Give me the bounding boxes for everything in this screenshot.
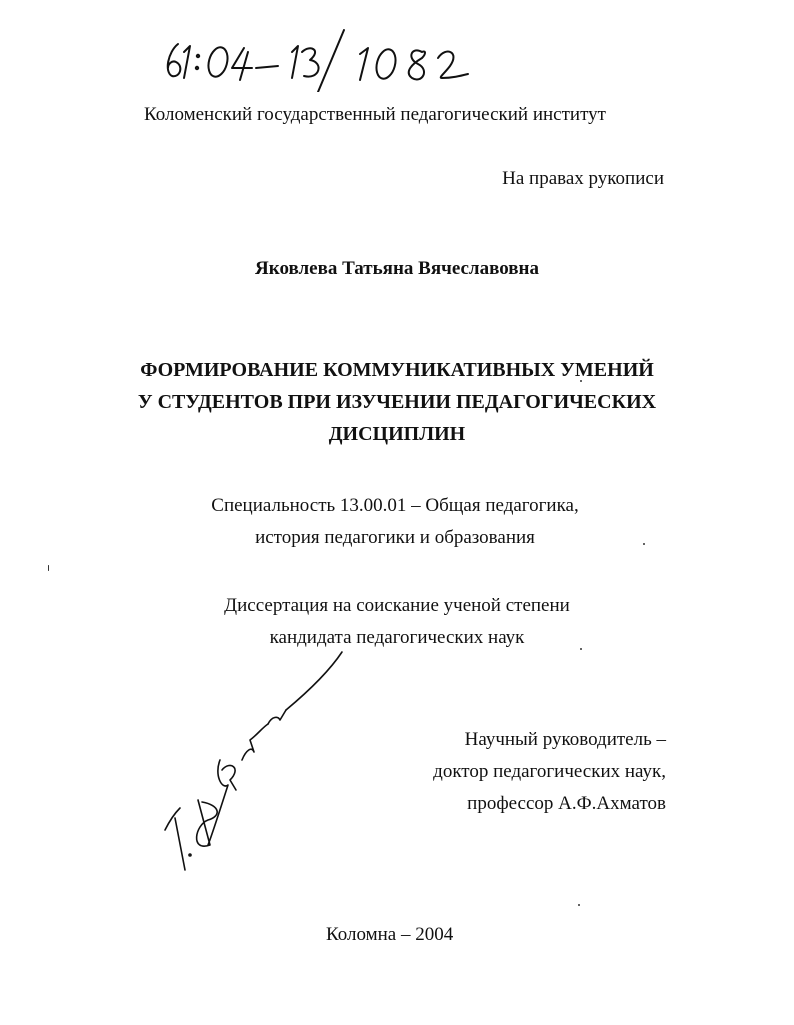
scan-speck (580, 380, 582, 382)
degree-block: Диссертация на соискание ученой степени … (0, 590, 794, 654)
scan-speck (643, 543, 645, 545)
handwritten-registration-number (160, 22, 560, 92)
manuscript-rights-note: На правах рукописи (400, 168, 664, 190)
title-line: ФОРМИРОВАНИЕ КОММУНИКАТИВНЫХ УМЕНИЙ (0, 354, 794, 386)
place-year: Коломна – 2004 (326, 924, 453, 946)
supervisor-line: Научный руководитель – (380, 724, 666, 756)
specialty-line: Специальность 13.00.01 – Общая педагогик… (0, 490, 792, 522)
dissertation-title: ФОРМИРОВАНИЕ КОММУНИКАТИВНЫХ УМЕНИЙ У СТ… (0, 354, 794, 450)
author-name: Яковлева Татьяна Вячеславовна (0, 258, 794, 280)
supervisor-line: профессор А.Ф.Ахматов (380, 788, 666, 820)
degree-line: кандидата педагогических наук (0, 622, 794, 654)
specialty-block: Специальность 13.00.01 – Общая педагогик… (0, 490, 792, 554)
title-line: У СТУДЕНТОВ ПРИ ИЗУЧЕНИИ ПЕДАГОГИЧЕСКИХ (0, 386, 794, 418)
degree-line: Диссертация на соискание ученой степени (0, 590, 794, 622)
specialty-line: история педагогики и образования (0, 522, 792, 554)
author-signature (150, 640, 370, 880)
supervisor-block: Научный руководитель – доктор педагогиче… (380, 724, 666, 820)
scan-speck (578, 904, 580, 906)
scan-speck (48, 565, 49, 571)
signature-drawing (150, 640, 370, 880)
title-line: ДИСЦИПЛИН (0, 418, 794, 450)
handwritten-number-drawing (160, 22, 560, 92)
scan-speck (580, 648, 582, 650)
supervisor-line: доктор педагогических наук, (380, 756, 666, 788)
institution-name: Коломенский государственный педагогическ… (144, 104, 606, 126)
